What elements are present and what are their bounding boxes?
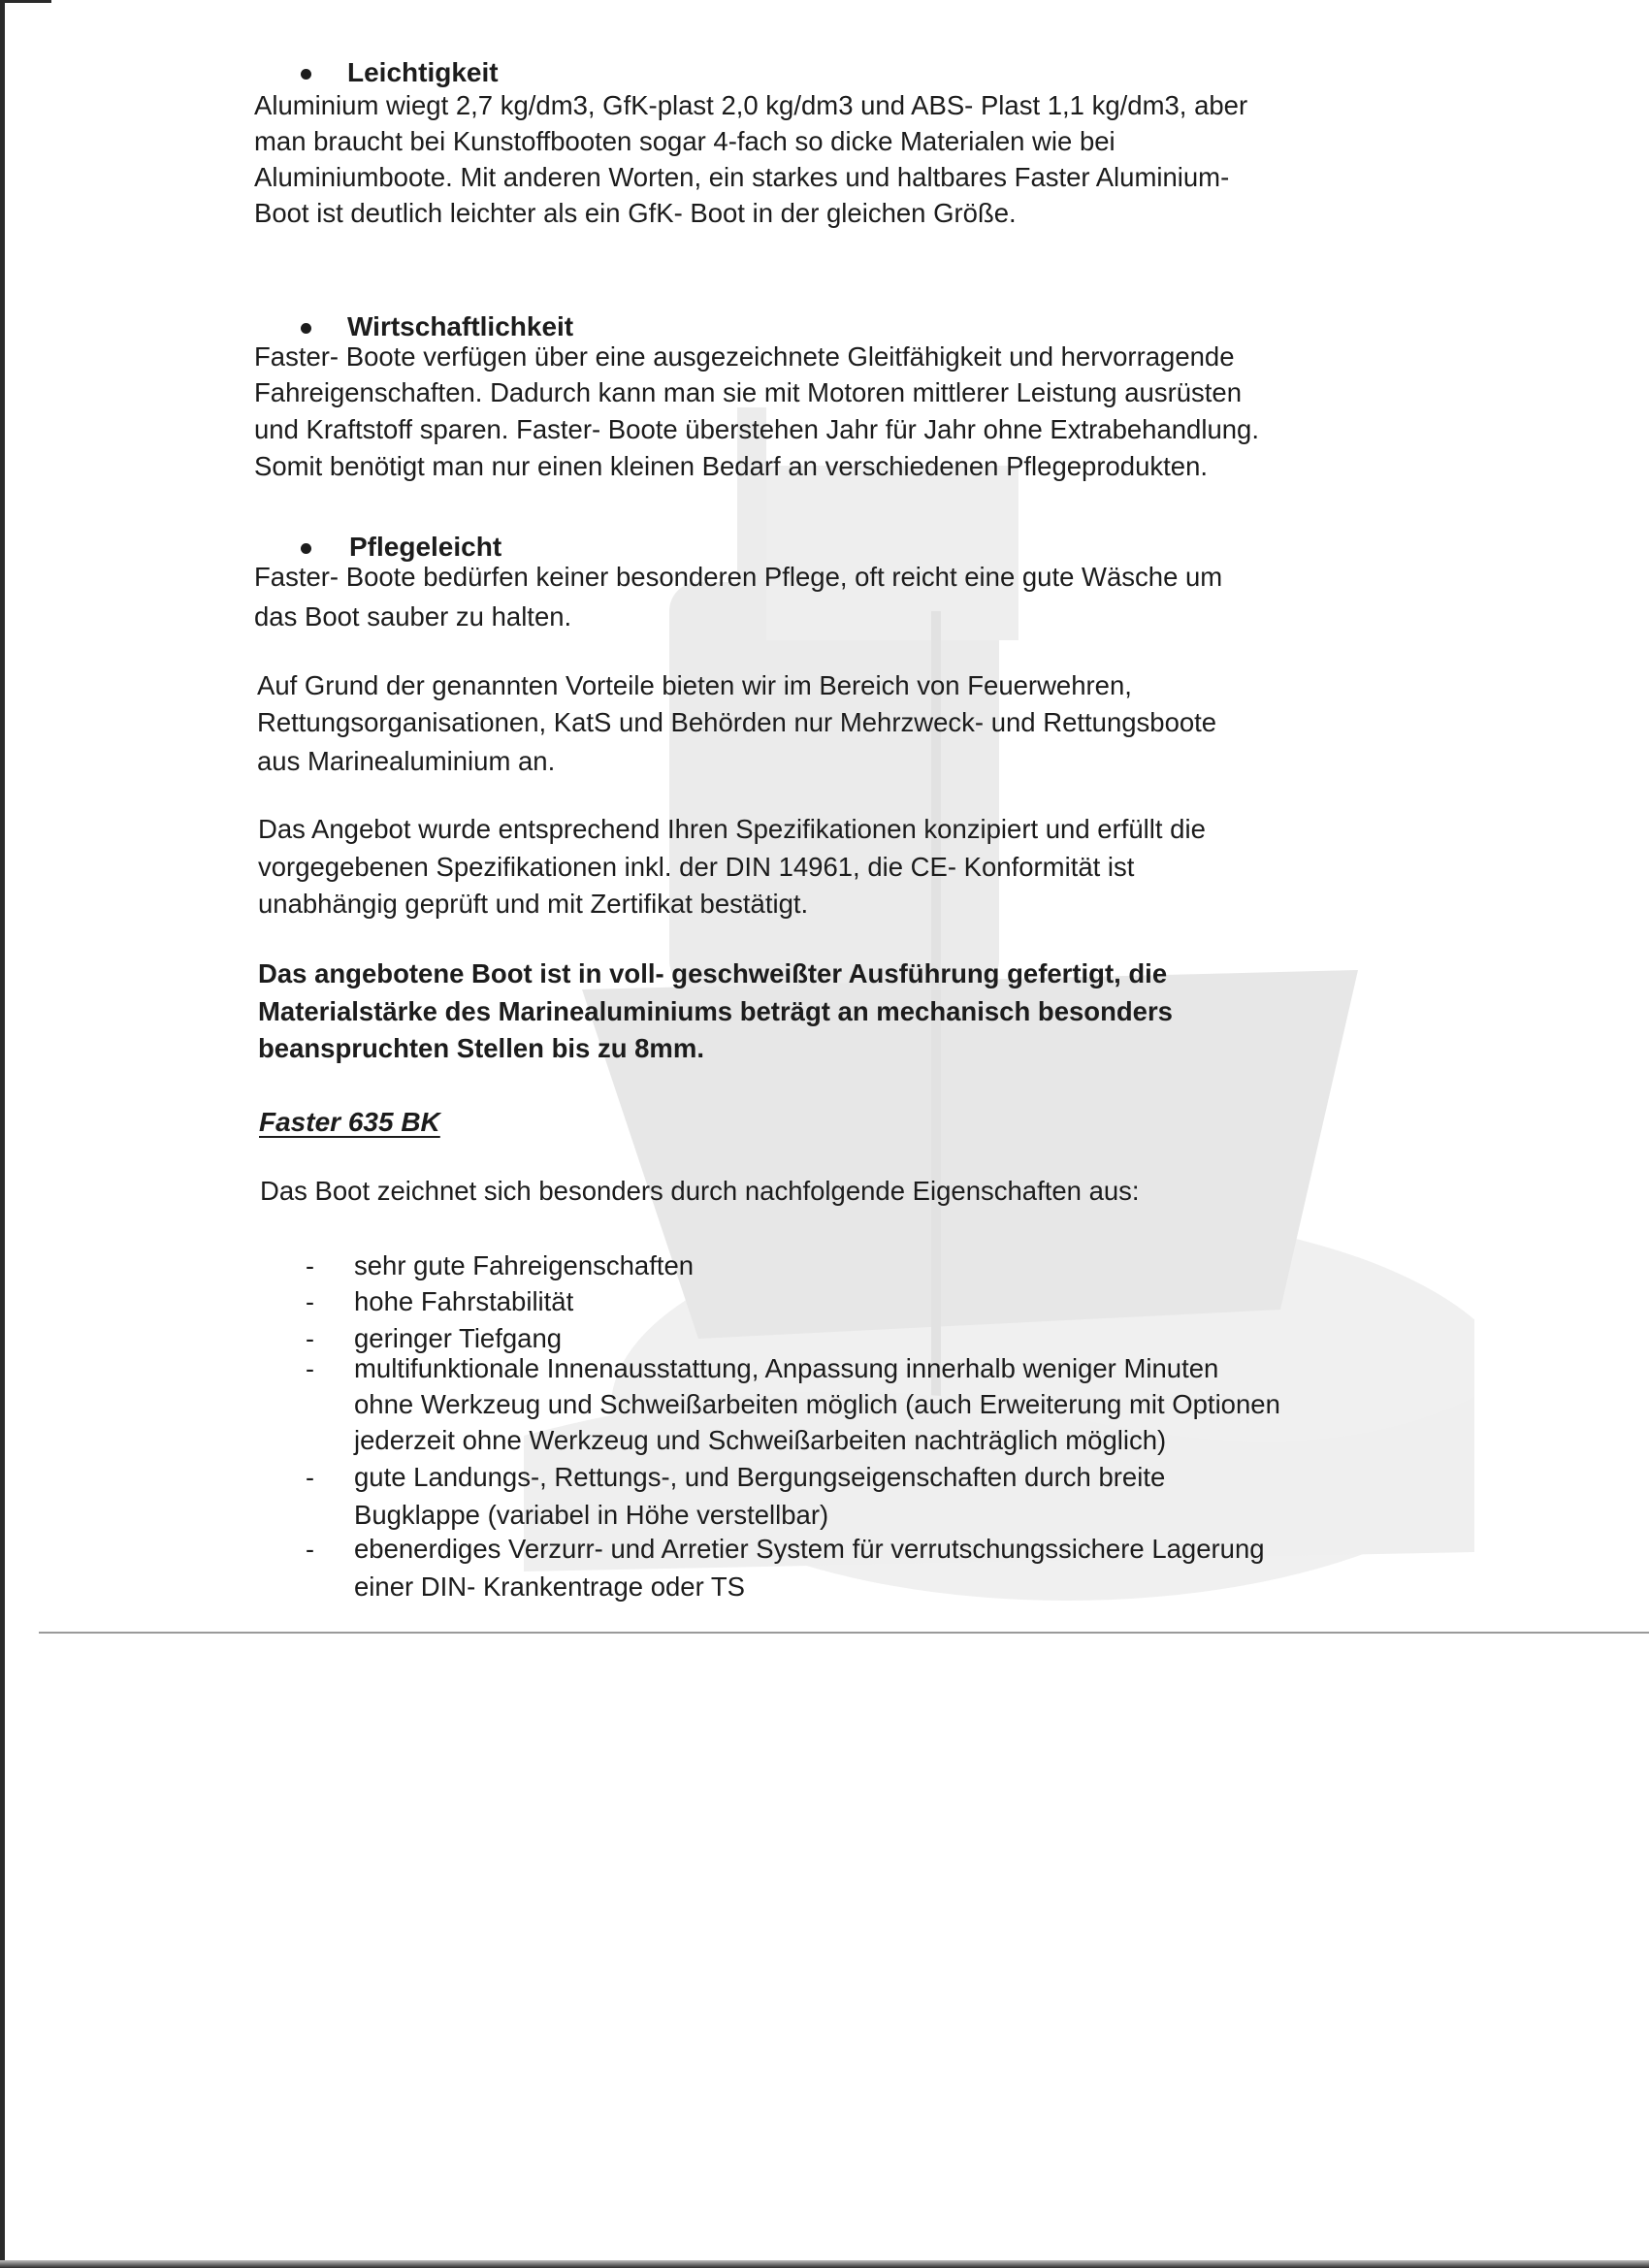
list-dash-icon: -: [306, 1285, 314, 1318]
list-item: hohe Fahrstabilität: [354, 1285, 573, 1318]
text-line: man braucht bei Kunstoffbooten sogar 4-f…: [254, 125, 1115, 158]
list-item: multifunktionale Innenausstattung, Anpas…: [354, 1352, 1218, 1385]
text-line: und Kraftstoff sparen. Faster- Boote übe…: [254, 413, 1259, 446]
section-heading-pflegeleicht: Pflegeleicht: [349, 531, 501, 564]
scan-border-left: [0, 0, 5, 2268]
scan-border-top: [5, 0, 51, 3]
text-line: Somit benötigt man nur einen kleinen Bed…: [254, 450, 1208, 483]
list-dash-icon: -: [306, 1461, 314, 1494]
text-line: unabhängig geprüft und mit Zertifikat be…: [258, 888, 808, 921]
text-line: vorgegebenen Spezifikationen inkl. der D…: [258, 851, 1134, 884]
text-line: Aluminiumboote. Mit anderen Worten, ein …: [254, 161, 1229, 194]
text-line: Faster- Boote verfügen über eine ausgeze…: [254, 340, 1235, 373]
text-line: aus Marinealuminium an.: [257, 745, 555, 778]
text-line: Boot ist deutlich leichter als ein GfK- …: [254, 197, 1017, 230]
list-item-continuation: einer DIN- Krankentrage oder TS: [354, 1571, 745, 1604]
list-dash-icon: -: [306, 1249, 314, 1282]
scan-border-bottom: [0, 2260, 1649, 2268]
list-dash-icon: -: [306, 1352, 314, 1385]
text-line: Rettungsorganisationen, KatS und Behörde…: [257, 706, 1216, 739]
list-dash-icon: -: [306, 1322, 314, 1355]
list-dash-icon: -: [306, 1533, 314, 1566]
section-heading-wirtschaftlichkeit: Wirtschaftlichkeit: [347, 310, 573, 343]
list-item: gute Landungs-, Rettungs-, und Bergungse…: [354, 1461, 1165, 1494]
bold-text-line: Das angebotene Boot ist in voll- geschwe…: [258, 957, 1167, 990]
text-line: Faster- Boote bedürfen keiner besonderen…: [254, 561, 1222, 594]
list-item: sehr gute Fahreigenschaften: [354, 1249, 694, 1282]
bold-text-line: Materialstärke des Marinealuminiums betr…: [258, 995, 1173, 1028]
list-item: ebenerdiges Verzurr- und Arretier System…: [354, 1533, 1265, 1566]
bullet-icon: [301, 69, 311, 80]
list-item: geringer Tiefgang: [354, 1322, 562, 1355]
product-intro: Das Boot zeichnet sich besonders durch n…: [260, 1175, 1140, 1208]
section-heading-leichtigkeit: Leichtigkeit: [347, 56, 499, 89]
text-line: Das Angebot wurde entsprechend Ihren Spe…: [258, 813, 1206, 846]
text-line: Fahreigenschaften. Dadurch kann man sie …: [254, 376, 1242, 409]
list-item-continuation: Bugklappe (variabel in Höhe verstellbar): [354, 1499, 828, 1532]
text-line: Aluminium wiegt 2,7 kg/dm3, GfK-plast 2,…: [254, 89, 1247, 122]
text-line: Auf Grund der genannten Vorteile bieten …: [257, 669, 1132, 702]
list-item-continuation: jederzeit ohne Werkzeug und Schweißarbei…: [354, 1424, 1166, 1457]
text-line: das Boot sauber zu halten.: [254, 600, 571, 633]
bold-text-line: beanspruchten Stellen bis zu 8mm.: [258, 1032, 704, 1065]
bullet-icon: [301, 543, 311, 554]
product-title: Faster 635 BK: [259, 1106, 440, 1139]
list-item-continuation: ohne Werkzeug und Schweißarbeiten möglic…: [354, 1388, 1280, 1421]
bullet-icon: [301, 323, 311, 334]
page-divider: [39, 1632, 1649, 1634]
